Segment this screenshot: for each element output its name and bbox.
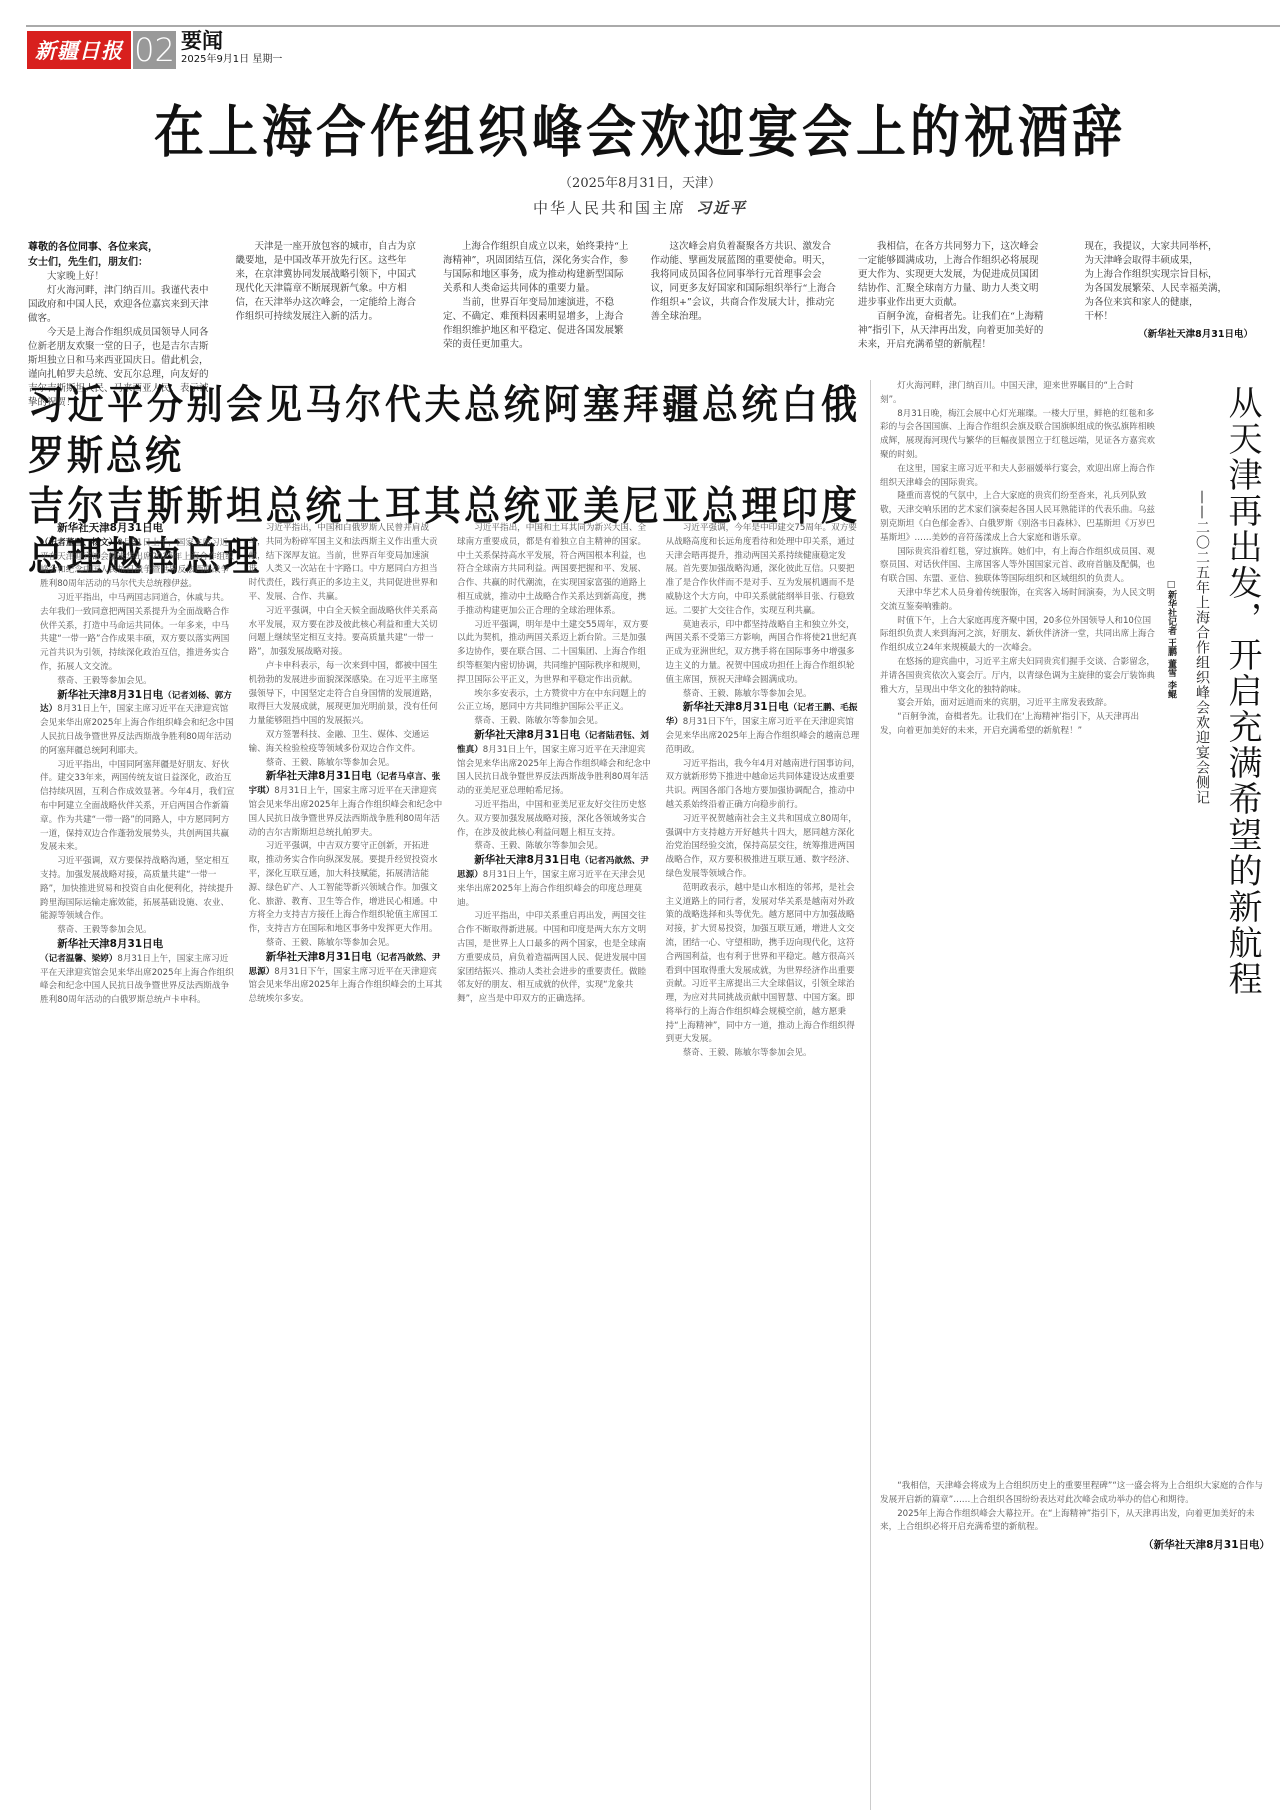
paragraph: 天津中华艺术人员身着传统服饰，在宾客入场时间演奏，为人民文明交流互鉴奏响雅韵。	[880, 587, 1155, 615]
paragraph: 习近平强调，明年是中土建交55周年，双方要以此为契机，推动两国关系迈上新台阶。三…	[457, 619, 654, 688]
feature-subtitle: ——二〇二五年上海合作组织峰会欢迎宴会侧记	[1192, 490, 1212, 805]
paragraph: 习近平指出，中国同阿塞拜疆是好朋友、好伙伴。建交33年来，两国传统友谊日益深化，…	[40, 759, 237, 856]
paragraph: 当前，世界百年变局加速演进，不稳定、不确定、难预料因素明显增多，上海合作组织维护…	[443, 296, 631, 352]
toast-body: 尊敬的各位同事、各位来宾， 女士们，先生们，朋友们： 大家晚上好！ 灯火海河畔，…	[28, 240, 1253, 360]
paragraph: 大家晚上好！	[28, 270, 216, 284]
article-column: 习近平强调，今年是中印建交75周年。双方要从战略高度和长远角度看待和处理中印关系…	[666, 522, 863, 1812]
paragraph: 国际贵宾沿着红毯，穿过旗阵。她们中，有上海合作组织成员国、观察员国、对话伙伴国、…	[880, 546, 1155, 587]
paragraph: 为天津峰会取得丰硕成果，	[1066, 254, 1254, 268]
paragraph: 时值下午，上合大家庭再度齐聚中国，20多位外国领导人和10位国际组织负责人来到海…	[880, 615, 1155, 656]
paragraph: “百舸争流，奋楫者先。让我们在‘上海精神’指引下，从天津再出发，向着更加美好的未…	[880, 711, 1155, 739]
paragraph: 上海合作组织自成立以来，始终秉持“上海精神”，巩固团结互信，深化务实合作，参与国…	[443, 240, 631, 296]
paragraph: 习近平指出，中印关系重启再出发，两国交往合作不断取得新进展。中国和印度是两大东方…	[457, 910, 654, 1007]
reporters: （记者温馨、梁婷）	[40, 954, 117, 964]
paragraph: 习近平指出，中马两国志同道合，休戚与共。去年我们一致同意把两国关系提升为全面战略…	[40, 592, 237, 675]
newspaper-logo: 新疆日报	[27, 31, 131, 69]
paragraph: 埃尔多安表示，土方赞赏中方在中东问题上的公正立场，愿同中方共同维护国际公平正义。	[457, 688, 654, 716]
dateline: 新华社天津8月31日电	[474, 729, 580, 741]
paragraph: 8月31日下午，国家主席习近平在天津迎宾馆会见来华出席2025年上海合作组织峰会…	[666, 717, 860, 755]
dateline: （新华社天津8月31日电）	[1066, 328, 1254, 342]
dateline: 新华社天津8月31日电	[683, 701, 789, 713]
paragraph: 灯火海河畔，津门纳百川。中国天津，迎来世界瞩目的“上合时刻”。	[880, 380, 1155, 408]
paragraph: 为各国发展繁荣、人民幸福美满，	[1066, 282, 1254, 296]
paragraph: 习近平指出，我今年4月对越南进行国事访问，双方就新形势下推进中越命运共同体建设达…	[666, 758, 863, 813]
paragraph: 习近平强调，双方要保持战略沟通，坚定相互支持。加强发展战略对接，高质量共建“一带…	[40, 855, 237, 924]
salutation: 女士们，先生们，朋友们：	[28, 255, 216, 270]
paragraph: 8月31日下午，国家主席习近平在天津迎宾馆会见来华出席2025年上海合作组织峰会…	[249, 967, 443, 1005]
paragraph: 我相信，在各方共同努力下，这次峰会一定能够圆满成功，上海合作组织必将展现更大作为…	[858, 240, 1046, 310]
article-column: 习近平指出，中国和土耳其同为新兴大国、全球南方重要成员，都是有着独立自主精神的国…	[457, 522, 654, 1812]
paragraph: 灯火海河畔，津门纳百川。我谨代表中国政府和中国人民，欢迎各位嘉宾来到天津做客。	[28, 284, 216, 326]
dateline: 新华社天津8月31日电	[57, 689, 163, 701]
meetings-body: 新华社天津8月31日电（记者董雪、杨文）8月31日上午，国家主席习近平在天津迎宾…	[40, 522, 862, 1812]
salutation: 尊敬的各位同事、各位来宾，	[28, 240, 216, 255]
paragraph: 在这里，国家主席习近平和夫人彭丽媛举行宴会，欢迎出席上海合作组织天津峰会的国际贵…	[880, 463, 1155, 491]
paragraph: 蔡奇、王毅等参加会见。	[40, 675, 237, 689]
dateline: 新华社天津8月31日电	[266, 770, 372, 782]
dateline: 新华社天津8月31日电	[57, 522, 163, 534]
paragraph: 蔡奇、王毅、陈敏尔等参加会见。	[457, 715, 654, 729]
paragraph: 习近平祝贺越南社会主义共和国成立80周年，强调中方支持越方开好越共十四大，愿同越…	[666, 813, 863, 882]
paragraph: 8月31日上午，国家主席习近平在天津迎宾馆会见来华出席2025年上海合作组织峰会…	[249, 786, 443, 837]
feature-reporters: □新华社记者 王鹏 董雪 李鲲	[1165, 580, 1178, 698]
article-column: 新华社天津8月31日电（记者董雪、杨文）8月31日上午，国家主席习近平在天津迎宾…	[40, 522, 237, 1812]
paragraph: 干杯！	[1066, 310, 1254, 324]
paragraph: 蔡奇、王毅、陈敏尔等参加会见。	[249, 757, 446, 771]
paragraph: 现在，我提议，大家共同举杯，	[1066, 240, 1254, 254]
section-block: 要闻 2025年9月1日 星期一	[181, 31, 282, 65]
paragraph: 卢卡申科表示，每一次来到中国，都被中国生机勃勃的发展进步面貌深深感染。在习近平主…	[249, 660, 446, 729]
paragraph: 8月31日上午，国家主席习近平在天津会见来华出席2025年上海合作组织峰会的印度…	[457, 870, 645, 908]
paragraph: 双方签署科技、金融、卫生、媒体、交通运输、海关检验检疫等领域多份双边合作文件。	[249, 729, 446, 757]
masthead-rule	[26, 25, 1280, 27]
paragraph: 习近平强调，中白全天候全面战略伙伴关系高水平发展，双方要在涉及彼此核心利益和重大…	[249, 605, 446, 660]
paragraph: 蔡奇、王毅、陈敏尔等参加会见。	[249, 937, 446, 951]
paragraph: 这次峰会肩负着凝聚各方共识、激发合作动能、擘画发展蓝图的重要使命。明天，我将同成…	[651, 240, 839, 324]
paragraph: 隆重而喜悦的气氛中，上合大家庭的贵宾们纷至沓来，礼兵列队致敬，天津交响乐团的艺术…	[880, 490, 1155, 545]
paragraph: 2025年上海合作组织峰会大幕拉开。在“上海精神”指引下，从天津再出发，向着更加…	[880, 1508, 1270, 1536]
lead-subdate: （2025年8月31日，天津）	[0, 172, 1280, 191]
paragraph: 蔡奇、王毅、陈敏尔等参加会见。	[666, 1047, 863, 1061]
paragraph: “我相信，天津峰会将成为上合组织历史上的重要里程碑”“这一盛会将为上合组织大家庭…	[880, 1480, 1270, 1508]
feature-headline: 从天津再出发，开启充满希望的新航程	[1222, 385, 1262, 997]
byline-role: 中华人民共和国主席	[533, 199, 686, 217]
paragraph: 莫迪表示，印中都坚持战略自主和独立外交，两国关系不受第三方影响，两国合作将使21…	[666, 619, 863, 688]
page-number: 02	[133, 31, 176, 69]
lead-headline: 在上海合作组织峰会欢迎宴会上的祝酒辞	[20, 88, 1260, 169]
paragraph: 百舸争流，奋楫者先。让我们在“上海精神”指引下，从天津再出发，向着更加美好的未来…	[858, 310, 1046, 352]
dateline: 新华社天津8月31日电	[474, 854, 580, 866]
paragraph: 8月31日晚，梅江会展中心灯光璀璨。一楼大厅里，鲜艳的红毯和多彩的与会各国国旗、…	[880, 408, 1155, 463]
headline-line: 习近平分别会见马尔代夫总统阿塞拜疆总统白俄罗斯总统	[28, 381, 860, 482]
paragraph: 蔡奇、王毅、陈敏尔等参加会见。	[666, 688, 863, 702]
feature-body-top: 灯火海河畔，津门纳百川。中国天津，迎来世界瞩目的“上合时刻”。 8月31日晚，梅…	[880, 380, 1155, 1480]
paragraph: 习近平指出，中国和亚美尼亚友好交往历史悠久。双方要加强发展战略对接，深化各领域务…	[457, 799, 654, 840]
feature-body-bottom: “我相信，天津峰会将成为上合组织历史上的重要里程碑”“这一盛会将为上合组织大家庭…	[880, 1480, 1270, 1810]
paragraph: 蔡奇、王毅、陈敏尔等参加会见。	[457, 840, 654, 854]
dateline: （新华社天津8月31日电）	[880, 1539, 1270, 1553]
paragraph: 范明政表示，越中是山水相连的邻邦，是社会主义道路上的同行者，发展对华关系是越南对…	[666, 882, 863, 1048]
article-column: 习近平指出，中国和白俄罗斯人民曾并肩战斗，共同为粉碎军国主义和法西斯主义作出重大…	[249, 522, 446, 1812]
issue-date: 2025年9月1日 星期一	[181, 55, 282, 65]
paragraph: 为上海合作组织实现宗旨目标，	[1066, 268, 1254, 282]
paragraph: 习近平强调，今年是中印建交75周年。双方要从战略高度和长远角度看待和处理中印关系…	[666, 522, 863, 619]
byline-name: 习近平	[696, 199, 747, 217]
paragraph: 8月31日上午，国家主席习近平在天津迎宾馆会见来华出席2025年上海合作组织峰会…	[457, 745, 651, 796]
paragraph: 宴会开始，面对远道而来的宾朋，习近平主席发表致辞。	[880, 697, 1155, 711]
paragraph: 为各位来宾和家人的健康，	[1066, 296, 1254, 310]
paragraph: 8月31日上午，国家主席习近平在天津迎宾馆会见来华出席2025年上海合作组织峰会…	[40, 704, 234, 755]
paragraph: 蔡奇、王毅等参加会见。	[40, 924, 237, 938]
paragraph: 天津是一座开放包容的城市，自古为京畿要地，是中国改革开放先行区。这些年来，在京津…	[236, 240, 424, 324]
column-divider	[870, 380, 871, 1810]
paragraph: 在悠扬的迎宾曲中，习近平主席夫妇同贵宾们握手交谈、合影留念，并请各国贵宾依次入宴…	[880, 656, 1155, 697]
paragraph: 习近平强调，中吉双方要守正创新，开拓进取，推动务实合作向纵深发展。要提升经贸投资…	[249, 840, 446, 937]
paragraph: 习近平指出，中国和白俄罗斯人民曾并肩战斗，共同为粉碎军国主义和法西斯主义作出重大…	[249, 522, 446, 605]
section-name: 要闻	[181, 31, 282, 52]
paragraph: 习近平指出，中国和土耳其同为新兴大国、全球南方重要成员，都是有着独立自主精神的国…	[457, 522, 654, 619]
reporters: （记者董雪、杨文）	[40, 538, 117, 548]
dateline: 新华社天津8月31日电	[266, 951, 372, 963]
masthead: 新疆日报 02 要闻 2025年9月1日 星期一	[27, 31, 282, 69]
dateline: 新华社天津8月31日电	[57, 938, 163, 950]
lead-byline: 中华人民共和国主席习近平	[0, 197, 1280, 218]
